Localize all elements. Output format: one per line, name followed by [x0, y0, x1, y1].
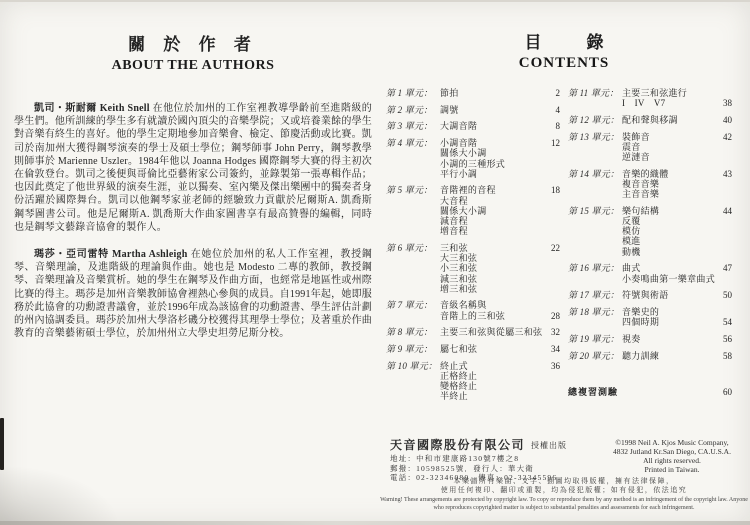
toc-subitem-title: 平行小調	[440, 169, 544, 179]
toc-entry-row: 第 7 單元：音級名稱與	[386, 300, 560, 310]
toc-page-number: 12	[544, 138, 560, 148]
toc-unit-label	[568, 216, 622, 226]
toc-page-number: 40	[716, 115, 732, 125]
toc-entry-title: 終止式	[440, 361, 544, 371]
toc-entry-row: 第 10 單元：終止式36	[386, 361, 560, 371]
toc-page-number: 36	[544, 361, 560, 371]
toc-unit-label	[568, 247, 622, 257]
toc-entry-title: 配和聲與移調	[622, 115, 716, 125]
toc-column-right: 第 11 單元：主要三和弦進行I IV V738第 12 單元：配和聲與移調40…	[568, 88, 732, 408]
toc-unit-label: 第 2 單元：	[386, 105, 440, 115]
toc-subitem-row: 複音音樂	[568, 179, 732, 189]
toc-entry: 第 11 單元：主要三和弦進行I IV V738	[568, 88, 732, 108]
toc-entry-title: 聽力訓練	[622, 351, 716, 361]
toc-page-number	[544, 159, 560, 169]
toc-entry-row: 第 8 單元：主要三和弦與從屬三和弦32	[386, 327, 560, 337]
toc-subitem-title: 動機	[622, 247, 716, 257]
toc-subitem-row: 平行小調	[386, 169, 560, 179]
scan-corner-shadow	[0, 465, 120, 525]
toc-page-number: 43	[716, 169, 732, 179]
toc-entry-title: 調號	[440, 105, 544, 115]
toc-unit-label	[386, 159, 440, 169]
toc-entry-title: 曲式	[622, 263, 716, 273]
toc-unit-label	[568, 98, 622, 108]
toc-unit-label: 第 13 單元：	[568, 132, 622, 142]
toc-subitem-title: 變格終止	[440, 381, 544, 391]
contents-title-en: CONTENTS	[380, 55, 748, 72]
publisher-address: 地址：中和市建康路130號7樓之8	[390, 454, 567, 464]
toc-subitem-title: 關係大小調	[440, 206, 544, 216]
toc-unit-label	[568, 317, 622, 327]
copyright-block: ©1998 Neil A. Kjos Music Company, 4832 J…	[596, 438, 748, 474]
toc-final-review-row: 總複習測驗60	[568, 387, 732, 397]
toc-page-number: 56	[716, 334, 732, 344]
toc-page-number	[544, 148, 560, 158]
toc-entry-row: 第 17 單元：符號與術語50	[568, 290, 732, 300]
toc-page-number: 34	[544, 344, 560, 354]
toc-unit-label: 第 10 單元：	[386, 361, 440, 371]
toc-page-number: 44	[716, 206, 732, 216]
author-bios: 凱司・斯耐爾 Keith Snell 在他位於加州的工作室裡教導學齡前至進階級的…	[14, 102, 372, 354]
toc-page-number	[544, 226, 560, 236]
toc-page-number: 4	[544, 105, 560, 115]
toc-page-number	[544, 196, 560, 206]
toc-subitem-title: 反覆	[622, 216, 716, 226]
toc-subitem-row: 模仿	[568, 226, 732, 236]
toc-entry-title: 節拍	[440, 88, 544, 98]
toc-entry: 第 17 單元：符號與術語50	[568, 290, 732, 300]
toc-subitem-title: 增三和弦	[440, 284, 544, 294]
toc-entry-title: 音樂的織體	[622, 169, 716, 179]
toc-subitem-title: 正格終止	[440, 371, 544, 381]
toc-entry-title: 三和弦	[440, 243, 544, 253]
toc-page-number	[716, 216, 732, 226]
toc-unit-label	[386, 381, 440, 391]
toc-entry-row: 第 3 單元：大調音階8	[386, 121, 560, 131]
toc-unit-label	[386, 391, 440, 401]
toc-unit-label: 第 12 單元：	[568, 115, 622, 125]
toc-entry: 第 16 單元：曲式47小奏鳴曲第一樂章曲式	[568, 263, 732, 283]
toc-entry: 第 12 單元：配和聲與移調40	[568, 115, 732, 125]
author-bio-text: 在她位於加州的私人工作室裡，教授鋼琴、音樂理論，及進階級的理論與作曲。她也是 M…	[14, 249, 372, 339]
toc-page-number: 32	[544, 327, 560, 337]
toc-subitem-title: 複音音樂	[622, 179, 716, 189]
toc-entry: 第 1 單元：節拍2	[386, 88, 560, 98]
toc-subitem-row: 逆漣音	[568, 152, 732, 162]
toc-page-number	[544, 284, 560, 294]
toc-entry: 第 13 單元：裝飾音42震音逆漣音	[568, 132, 732, 163]
toc-subitem-title: 逆漣音	[622, 152, 716, 162]
toc-entry-row: 第 9 單元：屬七和弦34	[386, 344, 560, 354]
toc-page-number: 58	[716, 351, 732, 361]
toc-unit-label	[386, 196, 440, 206]
toc-entry: 第 14 單元：音樂的織體43複音音樂主音音樂	[568, 169, 732, 200]
toc-page-number: 18	[544, 185, 560, 195]
toc-entry: 第 3 單元：大調音階8	[386, 121, 560, 131]
toc-subitem-row: 小調的三種形式	[386, 159, 560, 169]
toc-entry-title: 符號與術語	[622, 290, 716, 300]
toc-subitem-title: 大三和弦	[440, 253, 544, 263]
toc-unit-label	[568, 142, 622, 152]
toc-unit-label	[568, 226, 622, 236]
toc-page-number	[544, 216, 560, 226]
warning-zh-line: 本樂譜所有樂曲、文字、插圖均取得版權，擁有法律保障，	[380, 477, 748, 486]
toc-unit-label	[386, 253, 440, 263]
toc-page-number	[716, 307, 732, 317]
toc-unit-label: 第 11 單元：	[568, 88, 622, 98]
toc-subitem-row: 主音音樂	[568, 189, 732, 199]
toc-subitem-row: 關係大小調	[386, 148, 560, 158]
publisher-block: 天音國際股份有限公司授權出版 地址：中和市建康路130號7樓之8 郵撥：1059…	[390, 436, 567, 483]
toc-entry-row: 第 12 單元：配和聲與移調40	[568, 115, 732, 125]
toc-unit-label	[568, 236, 622, 246]
copyright-line: 4832 Jutland Kr.San Diego, CA.U.S.A.	[596, 447, 748, 456]
copyright-warning: 本樂譜所有樂曲、文字、插圖均取得版權，擁有法律保障， 使用任何複印、翻印或重製，…	[380, 477, 748, 512]
publisher-license-label: 授權出版	[531, 440, 567, 451]
toc-unit-label	[568, 179, 622, 189]
toc-subitem-row: 變格終止	[386, 381, 560, 391]
toc-entry-row: 第 18 單元：音樂史的	[568, 307, 732, 317]
toc-entry-row: 四個時期54	[568, 317, 732, 327]
warning-en-text: Warning! These arrangements are protecte…	[380, 497, 748, 512]
toc-entry-row: 第 6 單元：三和弦22	[386, 243, 560, 253]
toc-page-number	[544, 391, 560, 401]
toc-subitem-title: 大音程	[440, 196, 544, 206]
contents-title-zh: 目 錄	[380, 28, 748, 53]
toc-unit-label: 第 3 單元：	[386, 121, 440, 131]
toc-unit-label: 第 16 單元：	[568, 263, 622, 273]
toc-entry: 第 2 單元：調號4	[386, 105, 560, 115]
toc-unit-label	[386, 226, 440, 236]
toc-entry-row: 第 13 單元：裝飾音42	[568, 132, 732, 142]
toc-unit-label: 第 8 單元：	[386, 327, 440, 337]
toc-entry: 第 19 單元：視奏56	[568, 334, 732, 344]
table-of-contents: 第 1 單元：節拍2第 2 單元：調號4第 3 單元：大調音階8第 4 單元：小…	[386, 88, 732, 408]
toc-subitem-row: 關係大小調	[386, 206, 560, 216]
toc-entry-title: 視奏	[622, 334, 716, 344]
author-bio-keith-snell: 凱司・斯耐爾 Keith Snell 在他位於加州的工作室裡教導學齡前至進階級的…	[14, 102, 372, 234]
toc-subitem-title: 震音	[622, 142, 716, 152]
toc-entry: 第 5 單元：音階裡的音程18大音程關係大小調減音程增音程	[386, 185, 560, 236]
copyright-line: ©1998 Neil A. Kjos Music Company,	[596, 438, 748, 447]
copyright-line: Printed in Taiwan.	[596, 465, 748, 474]
toc-page-number: 28	[544, 311, 560, 321]
toc-entry-row: 音階上的三和弦28	[386, 311, 560, 321]
toc-page-number	[544, 274, 560, 284]
toc-page-number: 22	[544, 243, 560, 253]
toc-subitem-row: 減三和弦	[386, 274, 560, 284]
toc-unit-label	[568, 274, 622, 284]
toc-entry-title: 音級名稱與	[440, 300, 544, 310]
toc-subitem-title: 增音程	[440, 226, 544, 236]
scan-ink-artifact	[0, 418, 4, 470]
toc-entry-title: 樂句結構	[622, 206, 716, 216]
about-title-en: ABOUT THE AUTHORS	[12, 58, 374, 74]
toc-page-number	[544, 206, 560, 216]
toc-unit-label: 第 18 單元：	[568, 307, 622, 317]
toc-subitem-row: 增三和弦	[386, 284, 560, 294]
toc-subitem-title: 小調的三種形式	[440, 159, 544, 169]
toc-unit-label: 第 1 單元：	[386, 88, 440, 98]
toc-entry-title: I IV V7	[622, 98, 716, 108]
toc-subitem-row: 震音	[568, 142, 732, 152]
toc-subitem-title: 主音音樂	[622, 189, 716, 199]
author-name-keith-snell: 凱司・斯耐爾 Keith Snell	[34, 103, 150, 114]
toc-page-number	[716, 142, 732, 152]
toc-unit-label: 第 9 單元：	[386, 344, 440, 354]
toc-unit-label: 第 5 單元：	[386, 185, 440, 195]
toc-page-number: 47	[716, 263, 732, 273]
author-bio-text: 在他位於加州的工作室裡教導學齡前至進階級的學生們。他所訓練的學生多有就讀於國內頂…	[14, 103, 372, 233]
toc-column-left: 第 1 單元：節拍2第 2 單元：調號4第 3 單元：大調音階8第 4 單元：小…	[386, 88, 560, 408]
toc-entry-row: 第 15 單元：樂句結構44	[568, 206, 732, 216]
toc-page-number: 38	[716, 98, 732, 108]
toc-page-number: 50	[716, 290, 732, 300]
toc-entry-title: 小調音階	[440, 138, 544, 148]
toc-unit-label	[386, 169, 440, 179]
toc-entry-title: 屬七和弦	[440, 344, 544, 354]
toc-subitem-row: 半終止	[386, 391, 560, 401]
author-bio-martha-ashleigh: 瑪莎・亞司雷特 Martha Ashleigh 在她位於加州的私人工作室裡，教授…	[14, 248, 372, 340]
toc-subitem-title: 減音程	[440, 216, 544, 226]
toc-entry-title: 主要三和弦進行	[622, 88, 716, 98]
toc-unit-label	[386, 216, 440, 226]
toc-unit-label	[386, 206, 440, 216]
toc-subitem-row: 大音程	[386, 196, 560, 206]
toc-entry: 第 7 單元：音級名稱與音階上的三和弦28	[386, 300, 560, 320]
toc-entry-title: 裝飾音	[622, 132, 716, 142]
toc-unit-label	[386, 148, 440, 158]
copyright-line: All rights reserved.	[596, 456, 748, 465]
toc-subitem-title: 小三和弦	[440, 263, 544, 273]
toc-entry: 第 9 單元：屬七和弦34	[386, 344, 560, 354]
toc-unit-label	[386, 274, 440, 284]
toc-subitem-row: 小三和弦	[386, 263, 560, 273]
toc-unit-label	[568, 189, 622, 199]
toc-entry: 第 20 單元：聽力訓練58	[568, 351, 732, 361]
toc-subitem-row: 大三和弦	[386, 253, 560, 263]
toc-subitem-row: 反覆	[568, 216, 732, 226]
toc-entry-row: 第 5 單元：音階裡的音程18	[386, 185, 560, 195]
book-spread-scan: 關 於 作 者 ABOUT THE AUTHORS 凱司・斯耐爾 Keith S…	[0, 0, 750, 525]
toc-page-number: 2	[544, 88, 560, 98]
toc-unit-label	[386, 311, 440, 321]
toc-subitem-row: 減音程	[386, 216, 560, 226]
toc-page-number: 54	[716, 317, 732, 327]
toc-unit-label	[386, 284, 440, 294]
toc-unit-label: 第 19 單元：	[568, 334, 622, 344]
toc-entry: 第 8 單元：主要三和弦與從屬三和弦32	[386, 327, 560, 337]
toc-unit-label	[386, 371, 440, 381]
scan-edge-bottom	[0, 521, 750, 525]
author-name-martha-ashleigh: 瑪莎・亞司雷特 Martha Ashleigh	[34, 249, 188, 260]
toc-entry-title: 音階裡的音程	[440, 185, 544, 195]
toc-unit-label: 第 17 單元：	[568, 290, 622, 300]
toc-subitem-row: 增音程	[386, 226, 560, 236]
scan-edge-top	[0, 0, 750, 2]
toc-entry-row: I IV V738	[568, 98, 732, 108]
toc-page-number	[716, 247, 732, 257]
toc-subitem-row: 模進	[568, 236, 732, 246]
toc-page-number	[544, 300, 560, 310]
toc-entry: 第 10 單元：終止式36正格終止變格終止半終止	[386, 361, 560, 402]
toc-entry-title: 主要三和弦與從屬三和弦	[440, 327, 544, 337]
toc-entry: 第 15 單元：樂句結構44反覆模仿模進動機	[568, 206, 732, 257]
toc-subitem-title: 模仿	[622, 226, 716, 236]
toc-page-number: 42	[716, 132, 732, 142]
toc-unit-label: 第 6 單元：	[386, 243, 440, 253]
toc-entry-row: 總複習測驗60	[568, 387, 732, 397]
toc-page-number	[544, 371, 560, 381]
toc-entry-row: 第 4 單元：小調音階12	[386, 138, 560, 148]
toc-page-number	[716, 226, 732, 236]
toc-entry-title: 音樂史的	[622, 307, 716, 317]
toc-page-number	[544, 263, 560, 273]
toc-entry: 第 18 單元：音樂史的四個時期54	[568, 307, 732, 327]
toc-entry-row: 第 14 單元：音樂的織體43	[568, 169, 732, 179]
toc-entry-row: 第 16 單元：曲式47	[568, 263, 732, 273]
toc-page-number	[716, 189, 732, 199]
toc-entry-row: 第 19 單元：視奏56	[568, 334, 732, 344]
toc-unit-label: 第 20 單元：	[568, 351, 622, 361]
toc-entry-row: 第 11 單元：主要三和弦進行	[568, 88, 732, 98]
toc-entry-title: 大調音階	[440, 121, 544, 131]
toc-page-number: 8	[544, 121, 560, 131]
toc-entry-row: 第 1 單元：節拍2	[386, 88, 560, 98]
toc-page-number	[716, 88, 732, 98]
warning-zh-line: 使用任何複印、翻印或重製，均為侵犯版權；如有侵犯，依法追究	[380, 486, 748, 495]
contents-page: 目 錄 CONTENTS	[380, 28, 748, 72]
toc-page-number	[716, 274, 732, 284]
publisher-postal: 郵撥：10598525號．發行人：華大衛	[390, 464, 567, 474]
about-title-zh: 關 於 作 者	[12, 30, 374, 55]
toc-subitem-title: 模進	[622, 236, 716, 246]
toc-unit-label	[568, 152, 622, 162]
toc-page-number	[716, 236, 732, 246]
toc-subitem-row: 動機	[568, 247, 732, 257]
toc-page-number	[544, 253, 560, 263]
publisher-name: 天音國際股份有限公司	[390, 436, 525, 453]
toc-subitem-title: 半終止	[440, 391, 544, 401]
toc-page-number	[544, 381, 560, 391]
toc-entry-title: 四個時期	[622, 317, 716, 327]
toc-unit-label: 第 14 單元：	[568, 169, 622, 179]
toc-subitem-row: 正格終止	[386, 371, 560, 381]
toc-page-number: 60	[716, 387, 732, 397]
toc-page-number	[544, 169, 560, 179]
toc-page-number	[716, 179, 732, 189]
toc-entry: 第 4 單元：小調音階12關係大小調小調的三種形式平行小調	[386, 138, 560, 179]
toc-unit-label: 第 4 單元：	[386, 138, 440, 148]
toc-unit-label: 第 7 單元：	[386, 300, 440, 310]
toc-subitem-title: 關係大小調	[440, 148, 544, 158]
toc-entry-title: 音階上的三和弦	[440, 311, 544, 321]
toc-final-review-label: 總複習測驗	[568, 387, 716, 397]
toc-page-number	[716, 152, 732, 162]
about-authors-page: 關 於 作 者 ABOUT THE AUTHORS 凱司・斯耐爾 Keith S…	[12, 30, 374, 74]
toc-unit-label	[386, 263, 440, 273]
toc-entry: 第 6 單元：三和弦22大三和弦小三和弦減三和弦增三和弦	[386, 243, 560, 294]
toc-entry-row: 第 2 單元：調號4	[386, 105, 560, 115]
toc-entry-row: 小奏鳴曲第一樂章曲式	[568, 274, 732, 284]
toc-entry-row: 第 20 單元：聽力訓練58	[568, 351, 732, 361]
toc-entry-title: 小奏鳴曲第一樂章曲式	[622, 274, 716, 284]
toc-subitem-title: 減三和弦	[440, 274, 544, 284]
toc-unit-label: 第 15 單元：	[568, 206, 622, 216]
